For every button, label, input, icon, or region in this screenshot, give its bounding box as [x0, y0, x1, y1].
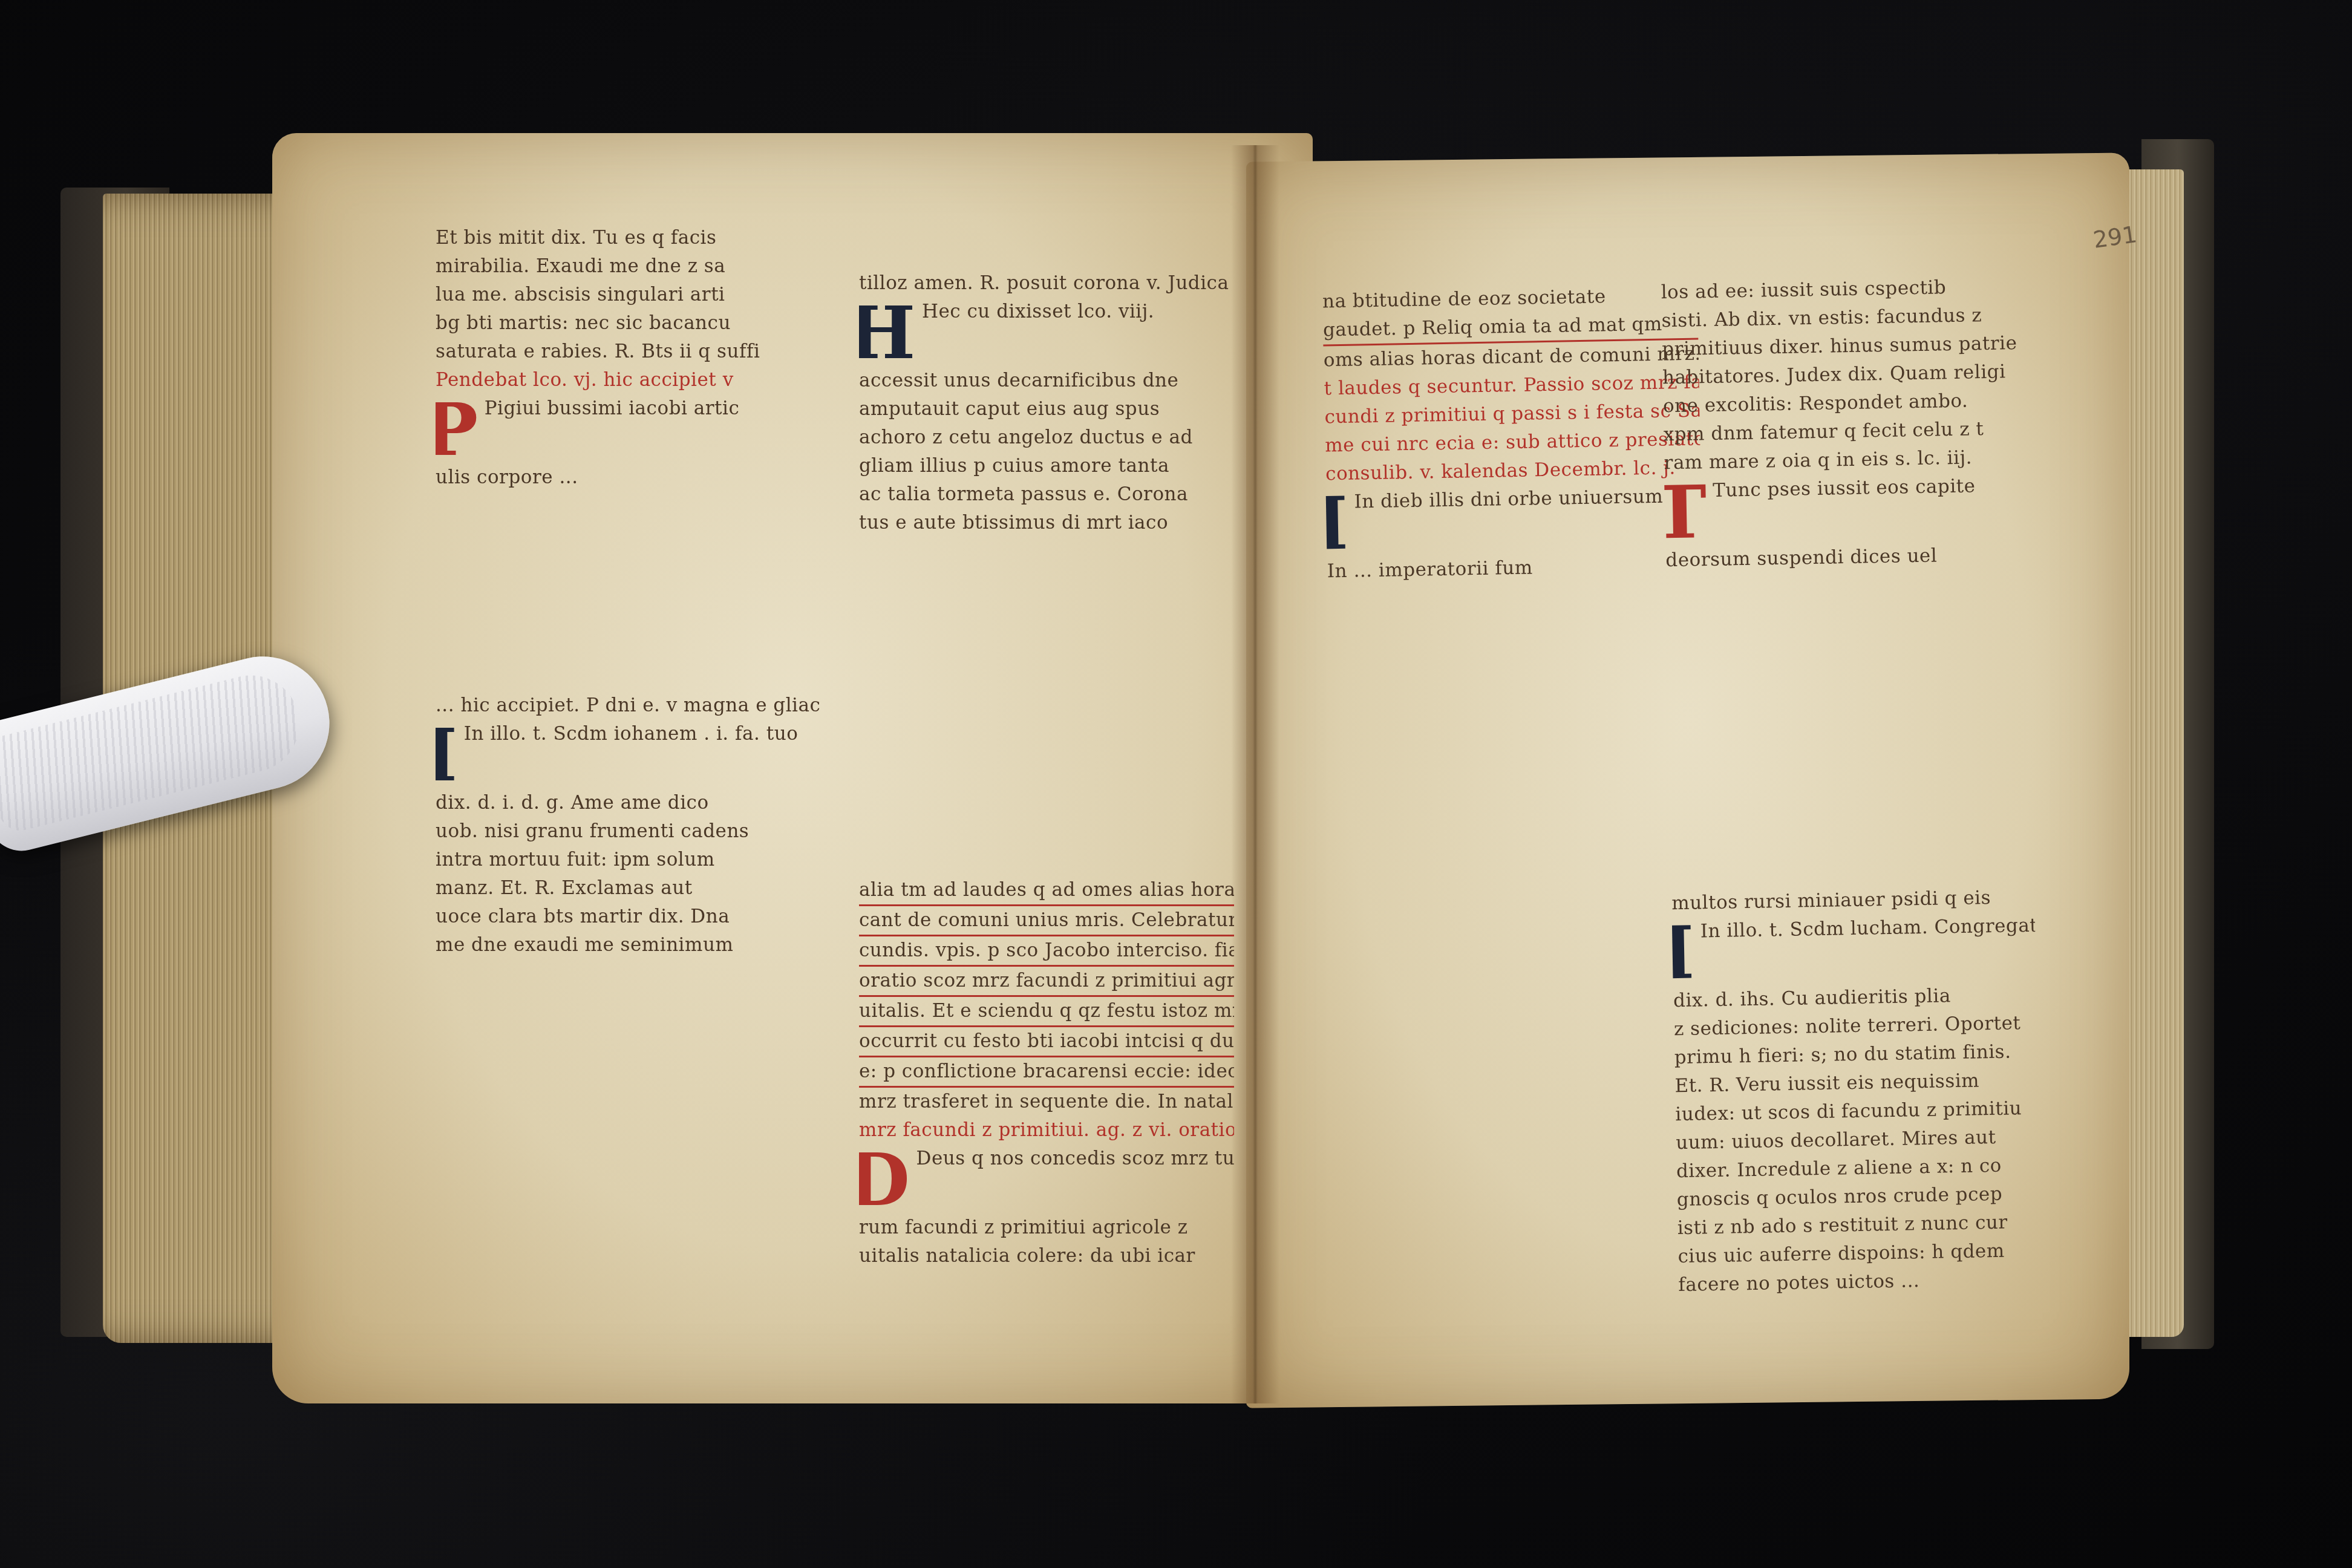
text-line: IIn illo. t. Scdm lucham. Congregat: [1672, 912, 2036, 987]
text-line: intra mortuu fuit: ipm solum: [436, 846, 835, 874]
red-initial-t: T: [1664, 479, 1708, 546]
text-line: manz. Et. R. Exclamas aut: [436, 874, 835, 903]
text-column-c: na btitudine de eoz societate gaudet. p …: [1322, 281, 1703, 586]
blue-initial-i: I: [436, 722, 458, 789]
text-line: ulis corpore ...: [436, 463, 835, 492]
text-line: rum facundi z primitiui agricole z: [859, 1214, 1234, 1242]
text-line: mrz trasferet in sequente die. In natale…: [859, 1088, 1234, 1116]
text-line: DDeus q nos concedis scoz mrz tuo: [859, 1145, 1234, 1214]
text-line: tus e aute btissimus di mrt iaco: [859, 509, 1234, 537]
ruled-line: occurrit cu festo bti iacobi intcisi q d…: [859, 1027, 1234, 1057]
gutter-shadow: [1231, 145, 1279, 1403]
blue-initial-i: I: [1672, 920, 1696, 987]
ruled-line: cundis. vpis. p sco Jacobo interciso. fi…: [859, 936, 1234, 967]
text-line: IIn illo. t. Scdm iohanem . i. fa. tuo: [436, 720, 835, 789]
text-line: amputauit caput eius aug spus: [859, 395, 1234, 423]
text-line: tilloz amen. R. posuit corona v. Judica: [859, 269, 1234, 298]
text-column-d: los ad ee: iussit suis cspectib sisti. A…: [1661, 272, 2041, 1299]
text-line: uoce clara bts martir dix. Dna: [436, 903, 835, 931]
text-line: dix. d. i. d. g. Ame ame dico: [436, 789, 835, 817]
text-line: ... hic accipiet. P dni e. v magna e gli…: [436, 691, 835, 720]
text-line: bg bti martis: nec sic bacancu: [436, 309, 835, 338]
text-line: achoro z cetu angeloz ductus e ad: [859, 423, 1234, 452]
blue-initial-i: I: [1326, 491, 1350, 558]
text-line: uob. nisi granu frumenti cadens: [436, 817, 835, 846]
gloved-finger: [0, 659, 351, 859]
text-line: gliam illius p cuius amore tanta: [859, 452, 1234, 480]
text-line: uitalis natalicia colere: da ubi icar: [859, 1242, 1234, 1270]
ruled-line: oratio scoz mrz facundi z primitiui agri…: [859, 967, 1234, 997]
text-line: accessit unus decarnificibus dne: [859, 367, 1234, 395]
ruled-line: alia tm ad laudes q ad omes alias horas …: [859, 876, 1234, 906]
rubric-line: mrz facundi z primitiui. ag. z vi. orati…: [859, 1116, 1234, 1145]
text-line: ac talia tormeta passus e. Corona: [859, 480, 1234, 509]
text-line: HHec cu dixisset lco. viij.: [859, 298, 1234, 367]
red-initial-d: D: [859, 1147, 910, 1214]
ruled-line: uitalis. Et e sciendu q qz festu istoz m…: [859, 997, 1234, 1027]
text-line: saturata e rabies. R. Bts ii q suffi: [436, 338, 835, 366]
text-line: TTunc pses iussit eos capite: [1664, 471, 2028, 546]
text-line: mirabilia. Exaudi me dne z sa: [436, 252, 835, 281]
text-line: lua me. abscisis singulari arti: [436, 281, 835, 309]
rubric-line: Pendebat lco. vj. hic accipiet v: [436, 366, 835, 394]
text-column-b: tilloz amen. R. posuit corona v. Judica …: [859, 269, 1234, 1270]
text-line: Et bis mitit dix. Tu es q facis: [436, 224, 835, 252]
text-column-a: Et bis mitit dix. Tu es q facis mirabili…: [436, 224, 835, 959]
text-line: deorsum suspendi dices uel: [1665, 540, 2029, 575]
text-line: PPigiui bussimi iacobi artic: [436, 394, 835, 463]
text-line: me dne exaudi me seminimum: [436, 931, 835, 959]
text-line: IIn dieb illis dni orbe uniuersum: [1326, 482, 1702, 558]
blue-initial-h: H: [859, 300, 916, 367]
ruled-line: e: p conflictione bracarensi eccie: ideo…: [859, 1057, 1234, 1088]
ruled-line: cant de comuni unius mris. Celebratur ii…: [859, 906, 1234, 936]
red-initial-p: P: [436, 397, 479, 463]
